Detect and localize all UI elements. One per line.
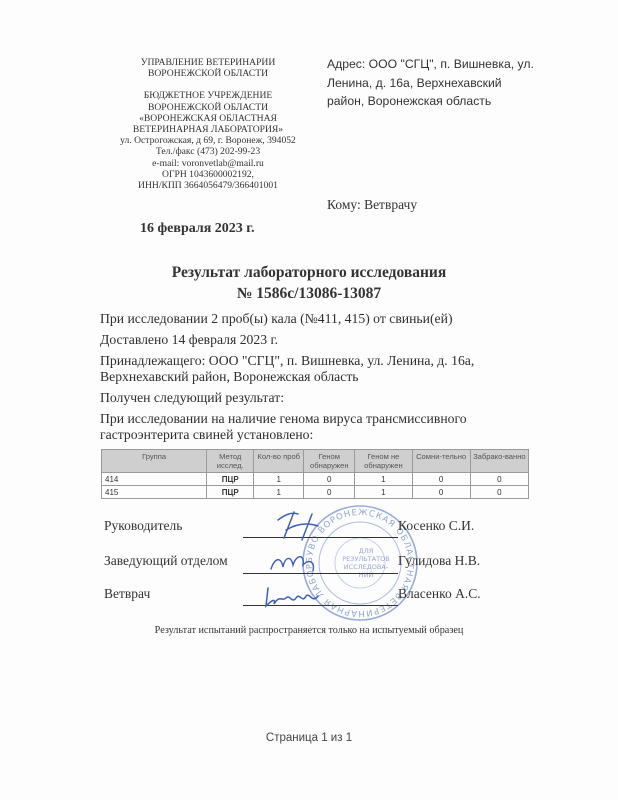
- signature-role-dept: Заведующий отделом: [104, 553, 228, 569]
- signature-role-head: Руководитель: [104, 518, 182, 534]
- col-header-count: Кол-во проб: [254, 450, 304, 473]
- table-row: 415 ПЦР 1 0 1 0 0: [102, 486, 529, 499]
- cell-detected: 0: [304, 486, 355, 499]
- issuer-line: «ВОРОНЕЖСКАЯ ОБЛАСТНАЯ: [104, 113, 312, 124]
- issuer-line: УПРАВЛЕНИЕ ВЕТЕРИНАРИИ: [104, 57, 312, 68]
- table-header-row: Группа Метод исслед. Кол-во проб Геном о…: [102, 450, 529, 473]
- cell-not-detected: 1: [355, 486, 412, 499]
- issuer-ogrn: ОГРН 1043600002192,: [104, 169, 312, 180]
- result-intro: Получен следующий результат:: [100, 390, 530, 406]
- document-page: УПРАВЛЕНИЕ ВЕТЕРИНАРИИ ВОРОНЕЖСКОЙ ОБЛАС…: [0, 0, 618, 800]
- results-table: Группа Метод исслед. Кол-во проб Геном о…: [101, 449, 529, 499]
- signature-role-vet: Ветврач: [104, 586, 150, 602]
- issuer-phone: Тел./факс (473) 202-99-23: [104, 146, 312, 157]
- samples-text: При исследовании 2 проб(ы) кала (№411, 4…: [100, 311, 530, 327]
- page-indicator: Страница 1 из 1: [0, 732, 618, 744]
- cell-detected: 0: [304, 473, 355, 486]
- handwritten-signature-icon: [265, 549, 325, 579]
- svg-text:НИЙ: НИЙ: [359, 570, 374, 579]
- col-header-detected: Геном обнаружен: [304, 450, 355, 473]
- col-header-rejected: Забрако-ванно: [470, 450, 528, 473]
- col-header-group: Группа: [102, 450, 207, 473]
- cell-group: 415: [102, 486, 207, 499]
- recipient: Кому: Ветврачу: [327, 197, 417, 213]
- disclaimer-note: Результат испытаний распространяется тол…: [0, 625, 618, 636]
- owner-text-cont: Верхнехавский район, Воронежская область: [100, 369, 530, 385]
- svg-text:ИССЛЕДОВА-: ИССЛЕДОВА-: [344, 563, 389, 571]
- finding-text-cont: гастроэнтерита свиней установлено:: [100, 427, 530, 443]
- issuer-line: ВОРОНЕЖСКОЙ ОБЛАСТИ: [104, 68, 312, 79]
- svg-text:РЕЗУЛЬТАТОВ: РЕЗУЛЬТАТОВ: [342, 555, 389, 563]
- issuer-address: ул. Острогожская, д 69, г. Воронеж, 3940…: [104, 135, 312, 146]
- recipient-address: Адрес: ООО "СГЦ", п. Вишневка, ул. Ленин…: [327, 55, 537, 111]
- col-header-doubtful: Сомни-тельно: [412, 450, 470, 473]
- cell-doubtful: 0: [412, 473, 470, 486]
- cell-rejected: 0: [470, 473, 528, 486]
- signature-name-vet: Власенко А.С.: [398, 586, 481, 602]
- finding-text: При исследовании на наличие генома вирус…: [100, 411, 530, 427]
- handwritten-signature-icon: [262, 584, 332, 610]
- delivered-text: Доставлено 14 февраля 2023 г.: [100, 332, 530, 348]
- issuer-line: ВЕТЕРИНАРНАЯ ЛАБОРАТОРИЯ»: [104, 124, 312, 135]
- table-row: 414 ПЦР 1 0 1 0 0: [102, 473, 529, 486]
- handwritten-signature-icon: [272, 508, 342, 544]
- cell-not-detected: 1: [355, 473, 412, 486]
- report-body: При исследовании 2 проб(ы) кала (№411, 4…: [100, 311, 530, 443]
- cell-doubtful: 0: [412, 486, 470, 499]
- signature-name-dept: Гулидова Н.В.: [398, 553, 480, 569]
- document-date: 16 февраля 2023 г.: [140, 221, 255, 237]
- issuer-block: УПРАВЛЕНИЕ ВЕТЕРИНАРИИ ВОРОНЕЖСКОЙ ОБЛАС…: [104, 57, 312, 191]
- title-line: Результат лабораторного исследования: [0, 262, 618, 283]
- cell-method: ПЦР: [207, 473, 254, 486]
- issuer-inn: ИНН/КПП 3664056479/366401001: [104, 180, 312, 191]
- document-title: Результат лабораторного исследования № 1…: [0, 262, 618, 304]
- cell-count: 1: [254, 473, 304, 486]
- svg-text:ДЛЯ: ДЛЯ: [359, 547, 373, 555]
- issuer-line: ВОРОНЕЖСКОЙ ОБЛАСТИ: [104, 102, 312, 113]
- issuer-line: БЮДЖЕТНОЕ УЧРЕЖДЕНИЕ: [104, 90, 312, 101]
- issuer-email: e-mail: voronvetlab@mail.ru: [104, 158, 312, 169]
- cell-rejected: 0: [470, 486, 528, 499]
- owner-text: Принадлежащего: ООО "СГЦ", п. Вишневка, …: [100, 353, 530, 369]
- signature-name-head: Косенко С.И.: [398, 518, 474, 534]
- report-number: № 1586с/13086-13087: [0, 283, 618, 304]
- cell-group: 414: [102, 473, 207, 486]
- col-header-method: Метод исслед.: [207, 450, 254, 473]
- cell-method: ПЦР: [207, 486, 254, 499]
- cell-count: 1: [254, 486, 304, 499]
- col-header-not-detected: Геном не обнаружен: [355, 450, 412, 473]
